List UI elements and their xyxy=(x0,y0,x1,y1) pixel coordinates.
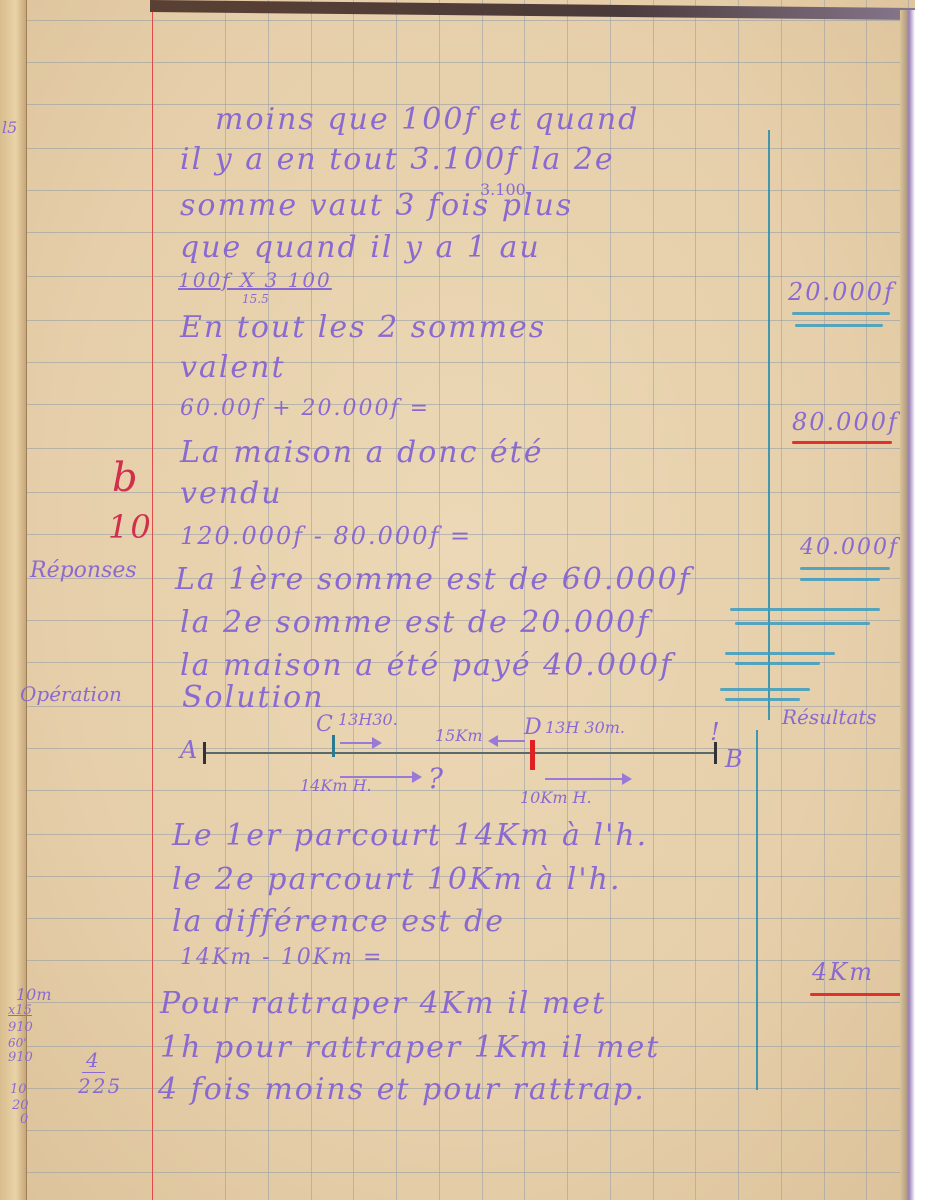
grid-line xyxy=(0,790,915,791)
grid-line xyxy=(610,0,611,1200)
division-divisor: 4 xyxy=(82,1048,105,1073)
response-line: La 1ère somme est de 60.000f xyxy=(175,562,692,597)
grid-line xyxy=(0,748,915,749)
text-line: 100f X 3 100 xyxy=(178,268,332,292)
underline xyxy=(792,441,892,444)
calc-line: 0 xyxy=(20,1112,28,1127)
point-a-tick xyxy=(203,742,206,764)
arrow-icon xyxy=(545,778,630,780)
point-d-tick xyxy=(530,740,535,770)
division-quotient: 225 xyxy=(78,1074,122,1098)
calc-line: 20 xyxy=(12,1098,29,1113)
margin-note: l5 xyxy=(2,118,17,137)
grid-line xyxy=(695,0,696,1200)
calc-line: 60' xyxy=(8,1036,27,1050)
text-line: moins que 100f et quand xyxy=(215,102,639,137)
arrow-icon xyxy=(340,742,380,744)
solution-line: 1h pour rattraper 1Km il met xyxy=(160,1030,660,1065)
result-value: 40.000f xyxy=(800,535,899,560)
result-column-divider xyxy=(768,130,770,720)
text-line: que quand il y a 1 au xyxy=(180,230,541,265)
grid-line xyxy=(0,960,915,961)
grid-line xyxy=(0,404,915,405)
underline xyxy=(735,622,870,625)
point-c-tick xyxy=(332,735,335,757)
solution-line: le 2e parcourt 10Km à l'h. xyxy=(172,862,622,897)
calc-line: 10m xyxy=(16,985,52,1004)
calc-line: 10 xyxy=(10,1082,27,1097)
grid-line xyxy=(781,0,782,1200)
exclamation-mark: ! xyxy=(710,718,722,746)
operation-label: Opération xyxy=(20,682,122,706)
grade-number: 10 xyxy=(108,508,153,546)
text-line: La maison a donc été xyxy=(180,435,544,470)
grid-line xyxy=(824,0,825,1200)
solution-line: 4 fois moins et pour rattrap. xyxy=(158,1072,646,1107)
response-line: la 2e somme est de 20.000f xyxy=(180,605,650,640)
point-d-label: D xyxy=(524,715,544,740)
annotation: 15.5 xyxy=(242,292,269,306)
speed-c: 14Km H. xyxy=(300,776,372,795)
underline xyxy=(730,608,880,611)
underline xyxy=(800,567,890,570)
page-edge-shadow xyxy=(150,0,915,20)
grid-line xyxy=(866,0,867,1200)
solution-title: Solution xyxy=(182,680,325,715)
distance-cd: 15Km xyxy=(435,726,482,745)
point-a-label: A xyxy=(180,736,199,764)
calc-line: x15 xyxy=(8,1003,32,1018)
text-line: somme vaut 3 fois plus xyxy=(180,188,573,223)
underline xyxy=(735,662,820,665)
result-value: 20.000f xyxy=(788,278,895,306)
underline xyxy=(725,652,835,655)
text-line: 60.00f + 20.000f = xyxy=(180,396,430,421)
solution-line: 14Km - 10Km = xyxy=(180,945,383,970)
grid-line xyxy=(0,706,915,707)
underline xyxy=(792,312,890,315)
text-line: 120.000f - 80.000f = xyxy=(180,522,472,550)
d-time: 13H 30m. xyxy=(545,718,625,737)
result-column-divider xyxy=(756,730,758,1090)
arrow-icon xyxy=(490,740,525,742)
underline xyxy=(720,688,810,691)
point-b-label: B xyxy=(725,745,745,773)
grid-line xyxy=(0,20,915,21)
reponses-label: Réponses xyxy=(30,558,137,583)
grid-line xyxy=(0,1130,915,1131)
notebook-page: l5 b 10 Réponses Opération 10m x15 910 6… xyxy=(0,0,915,1200)
underline xyxy=(795,324,883,327)
underline xyxy=(725,698,800,701)
result-label: Résultats xyxy=(782,705,877,729)
route-line xyxy=(205,752,715,754)
c-time: 13H30. xyxy=(338,710,398,729)
grade-letter: b xyxy=(112,455,140,501)
underline xyxy=(800,578,880,581)
text-line: valent xyxy=(180,350,286,385)
grid-line xyxy=(653,0,654,1200)
speed-d: 10Km H. xyxy=(520,788,592,807)
text-line: En tout les 2 sommes xyxy=(180,310,546,345)
text-line: vendu xyxy=(180,476,283,511)
point-c-label: C xyxy=(316,712,335,737)
grid-line xyxy=(0,62,915,63)
grid-line xyxy=(0,362,915,363)
calc-line: 910 xyxy=(8,1020,33,1035)
solution-line: Pour rattraper 4Km il met xyxy=(160,986,606,1021)
underline xyxy=(810,993,902,996)
page-edge xyxy=(900,10,915,1200)
result-value: 4Km xyxy=(812,958,874,986)
calc-line: 910 xyxy=(8,1050,33,1065)
solution-line: la différence est de xyxy=(172,904,505,939)
solution-line: Le 1er parcourt 14Km à l'h. xyxy=(172,818,648,853)
question-mark: ? xyxy=(428,762,445,795)
grid-line xyxy=(0,1172,915,1173)
response-line: la maison a été payé 40.000f xyxy=(180,648,673,683)
result-value: 80.000f. xyxy=(792,408,908,436)
grid-line xyxy=(738,0,739,1200)
margin-line xyxy=(152,0,153,1200)
text-line: il y a en tout 3.100f la 2e xyxy=(180,142,615,177)
grid-line xyxy=(0,276,915,277)
